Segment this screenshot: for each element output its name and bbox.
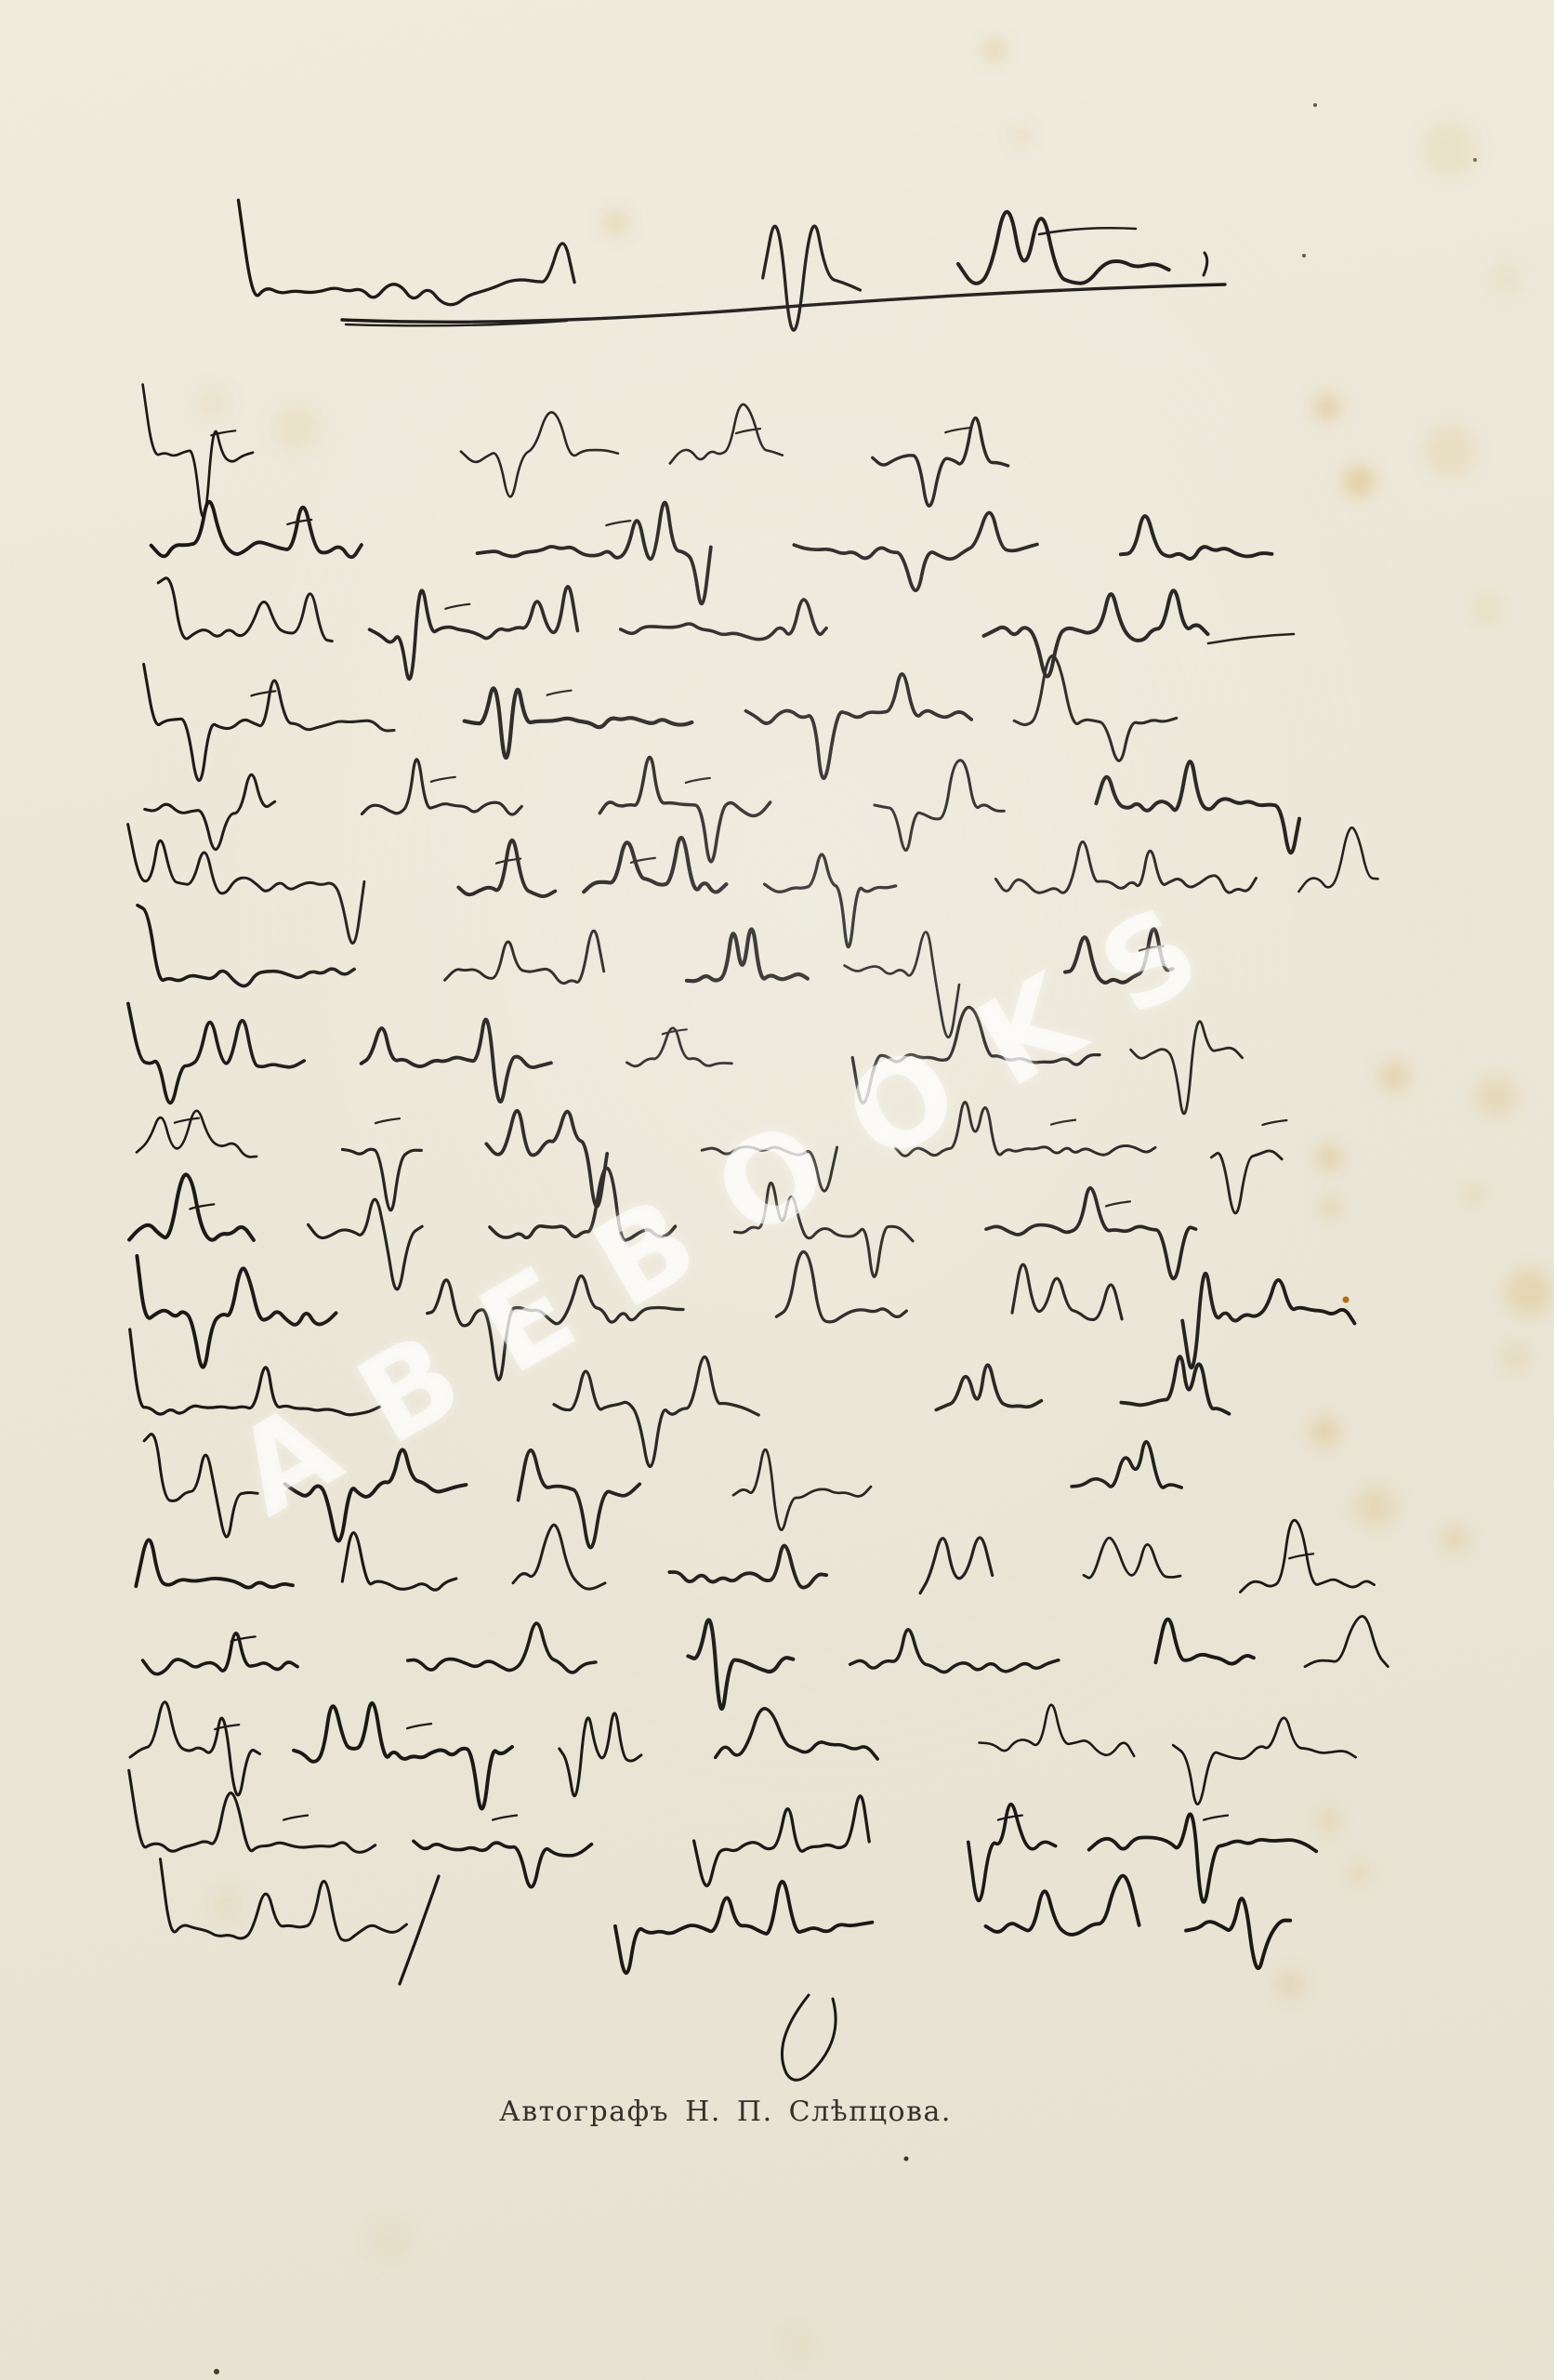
photo-caption: Автографъ Н. П. Слѣпцова.	[499, 2096, 952, 2128]
paper-grain	[0, 0, 1554, 2380]
manuscript-page: ABEBOOKS Автографъ Н. П. Слѣпцова.	[0, 0, 1554, 2380]
handwriting-svg	[0, 0, 1554, 2380]
